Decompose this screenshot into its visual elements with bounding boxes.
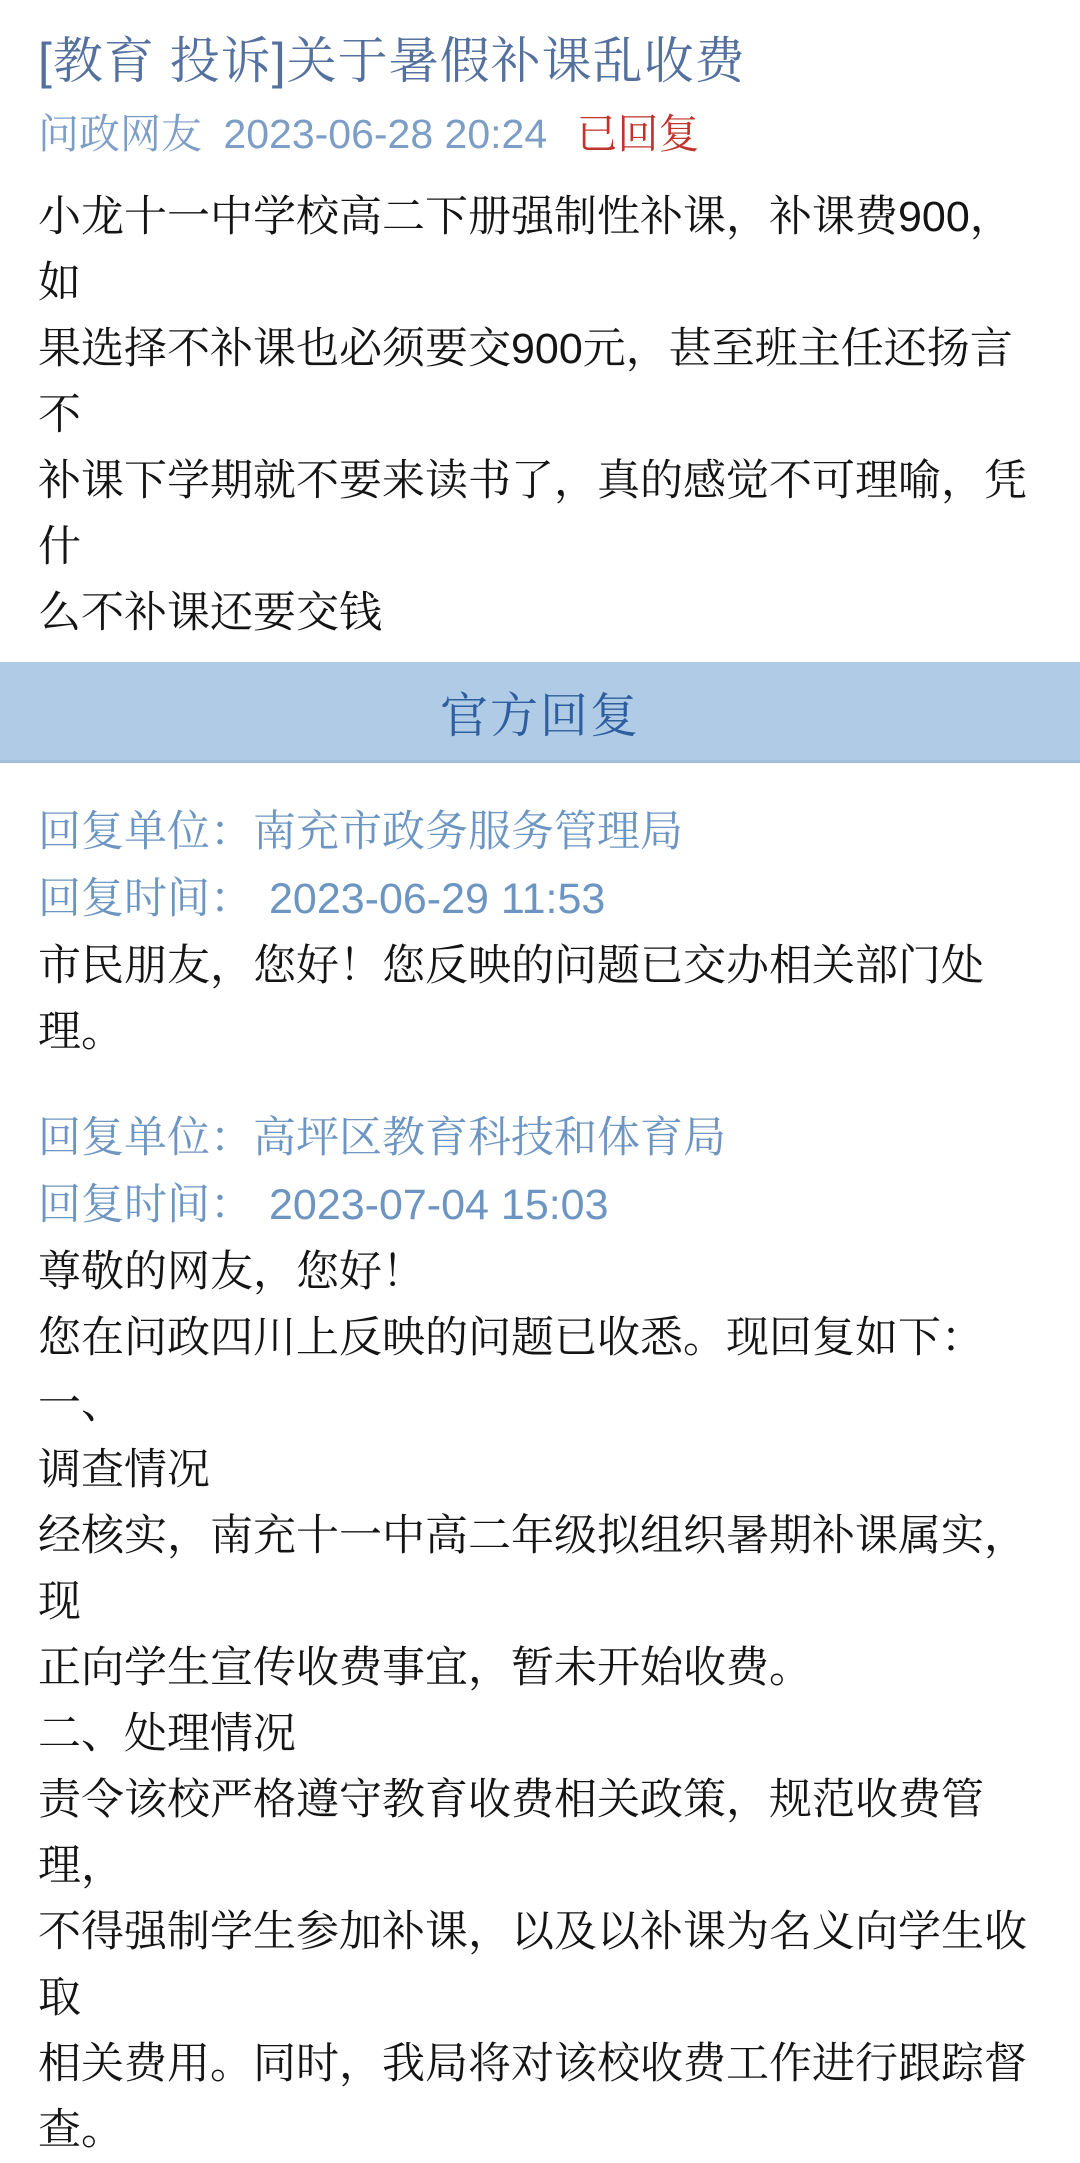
post-meta: 问政网友 2023-06-28 20:24 已回复 bbox=[38, 106, 1046, 162]
reply-unit-label: 回复单位： bbox=[38, 1114, 253, 1162]
post-body: 小龙十一中学校高二下册强制性补课，补课费900，如 果选择不补课也必须要交900… bbox=[38, 184, 1046, 646]
reply-body: 市民朋友，您好！您反映的问题已交办相关部门处理。 bbox=[38, 933, 1046, 1065]
reply-time-label: 回复时间： bbox=[38, 875, 253, 923]
reply-unit-value: 南充市政务服务管理局 bbox=[253, 808, 683, 856]
status-badge: 已回复 bbox=[577, 111, 700, 157]
reply-time-line: 回复时间：2023-07-04 15:03 bbox=[38, 1172, 1046, 1239]
reply-unit-line: 回复单位：南充市政务服务管理局 bbox=[38, 799, 1046, 866]
reply-time-line: 回复时间：2023-06-29 11:53 bbox=[38, 866, 1046, 933]
official-reply-banner: 官方回复 bbox=[0, 662, 1080, 763]
reply-time-value: 2023-06-29 11:53 bbox=[269, 875, 605, 923]
reply-unit-value: 高坪区教育科技和体育局 bbox=[253, 1114, 726, 1162]
post-datetime: 2023-06-28 20:24 bbox=[223, 111, 547, 157]
reply-time-label: 回复时间： bbox=[38, 1181, 253, 1229]
reply-item-2: 回复单位：高坪区教育科技和体育局 回复时间：2023-07-04 15:03 尊… bbox=[0, 1105, 1080, 2163]
reply-body: 尊敬的网友，您好！ 您在问政四川上反映的问题已收悉。现回复如下：一、 调查情况 … bbox=[38, 1239, 1046, 2163]
post-author: 问政网友 bbox=[38, 111, 202, 157]
reply-item-1: 回复单位：南充市政务服务管理局 回复时间：2023-06-29 11:53 市民… bbox=[0, 799, 1080, 1065]
post-title: [教育 投诉]关于暑假补课乱收费 bbox=[38, 30, 1046, 92]
post-section: [教育 投诉]关于暑假补课乱收费 问政网友 2023-06-28 20:24 已… bbox=[0, 30, 1080, 646]
reply-unit-label: 回复单位： bbox=[38, 808, 253, 856]
complaint-detail-page: [教育 投诉]关于暑假补课乱收费 问政网友 2023-06-28 20:24 已… bbox=[0, 0, 1080, 2163]
reply-unit-line: 回复单位：高坪区教育科技和体育局 bbox=[38, 1105, 1046, 1172]
official-reply-banner-label: 官方回复 bbox=[440, 677, 640, 746]
reply-time-value: 2023-07-04 15:03 bbox=[269, 1181, 609, 1229]
